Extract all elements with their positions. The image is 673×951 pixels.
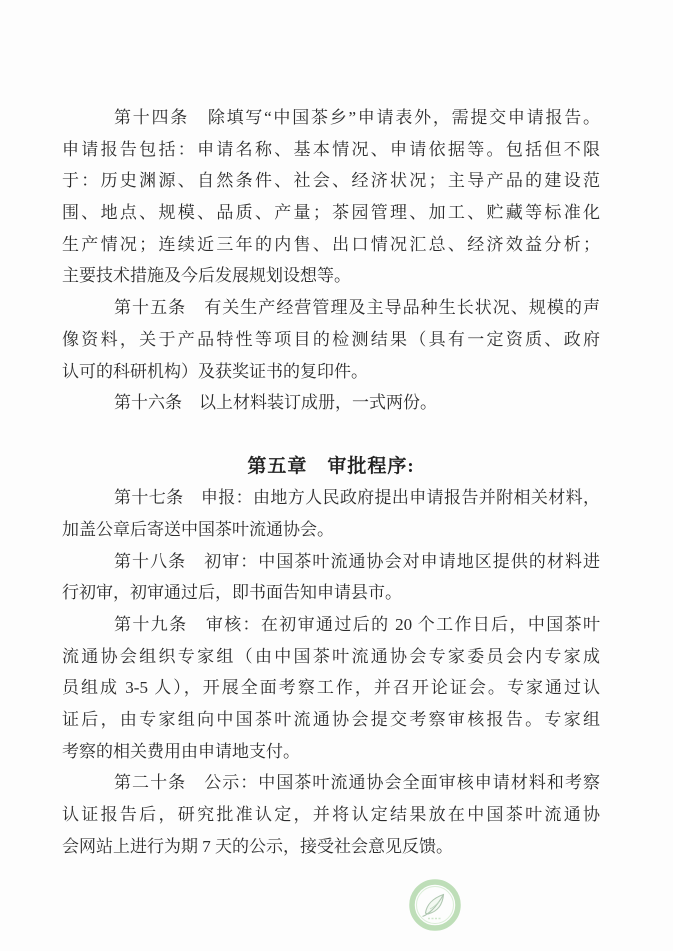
article-20-paragraph: 第二十条 公示：中国茶叶流通协会全面审核申请材料和考察 认证报告后，研究批准认定… (62, 767, 600, 862)
tea-leaf-seal-watermark (408, 878, 462, 932)
document-line: 第十八条 初审：中国茶叶流通协会对申请地区提供的材料进 (62, 546, 600, 578)
document-line: 第十六条 以上材料装订成册，一式两份。 (62, 387, 600, 419)
article-14-paragraph: 第十四条 除填写“中国茶乡”申请表外，需提交申请报告。 申请报告包括：申请名称、… (62, 102, 600, 292)
article-19-paragraph: 第十九条 审核：在初审通过后的 20 个工作日后，中国茶叶 流通协会组织专家组（… (62, 609, 600, 767)
document-line: 第十五条 有关生产经营管理及主导品种生长状况、规模的声 (62, 292, 600, 324)
document-line: 行初审，初审通过后，即书面告知申请县市。 (62, 577, 600, 609)
document-line: 像资料，关于产品特性等项目的检测结果（具有一定资质、政府 (62, 324, 600, 356)
document-line: 申请报告包括：申请名称、基本情况、申请依据等。包括但不限 (62, 134, 600, 166)
document-line: 员组成 3-5 人），开展全面考察工作，并召开论证会。专家通过认 (62, 672, 600, 704)
document-line: 第十四条 除填写“中国茶乡”申请表外，需提交申请报告。 (62, 102, 600, 134)
article-18-paragraph: 第十八条 初审：中国茶叶流通协会对申请地区提供的材料进 行初审，初审通过后，即书… (62, 546, 600, 609)
tea-leaf-seal-icon (408, 878, 462, 932)
document-line: 围、地点、规模、品质、产量；茶园管理、加工、贮藏等标准化 (62, 197, 600, 229)
chapter-5-heading: 第五章 审批程序: (62, 451, 600, 483)
document-line: 认证报告后，研究批准认定，并将认定结果放在中国茶叶流通协 (62, 799, 600, 831)
article-15-paragraph: 第十五条 有关生产经营管理及主导品种生长状况、规模的声 像资料，关于产品特性等项… (62, 292, 600, 387)
document-line: 认可的科研机构）及获奖证书的复印件。 (62, 356, 600, 388)
document-line: 第十七条 申报：由地方人民政府提出申请报告并附相关材料， (62, 482, 600, 514)
document-line: 第二十条 公示：中国茶叶流通协会全面审核申请材料和考察 (62, 767, 600, 799)
document-page: 第十四条 除填写“中国茶乡”申请表外，需提交申请报告。 申请报告包括：申请名称、… (62, 102, 600, 863)
document-line: 加盖公章后寄送中国茶叶流通协会。 (62, 514, 600, 546)
document-line: 流通协会组织专家组（由中国茶叶流通协会专家委员会内专家成 (62, 641, 600, 673)
document-line: 考察的相关费用由申请地支付。 (62, 736, 600, 768)
article-16-paragraph: 第十六条 以上材料装订成册，一式两份。 (62, 387, 600, 419)
document-line: 生产情况；连续近三年的内售、出口情况汇总、经济效益分析； (62, 229, 600, 261)
document-line: 会网站上进行为期 7 天的公示，接受社会意见反馈。 (62, 831, 600, 863)
document-line: 于：历史渊源、自然条件、社会、经济状况；主导产品的建设范 (62, 165, 600, 197)
document-line: 证后，由专家组向中国茶叶流通协会提交考察审核报告。专家组 (62, 704, 600, 736)
document-line: 第十九条 审核：在初审通过后的 20 个工作日后，中国茶叶 (62, 609, 600, 641)
article-17-paragraph: 第十七条 申报：由地方人民政府提出申请报告并附相关材料， 加盖公章后寄送中国茶叶… (62, 482, 600, 545)
document-line: 主要技术措施及今后发展规划设想等。 (62, 260, 600, 292)
